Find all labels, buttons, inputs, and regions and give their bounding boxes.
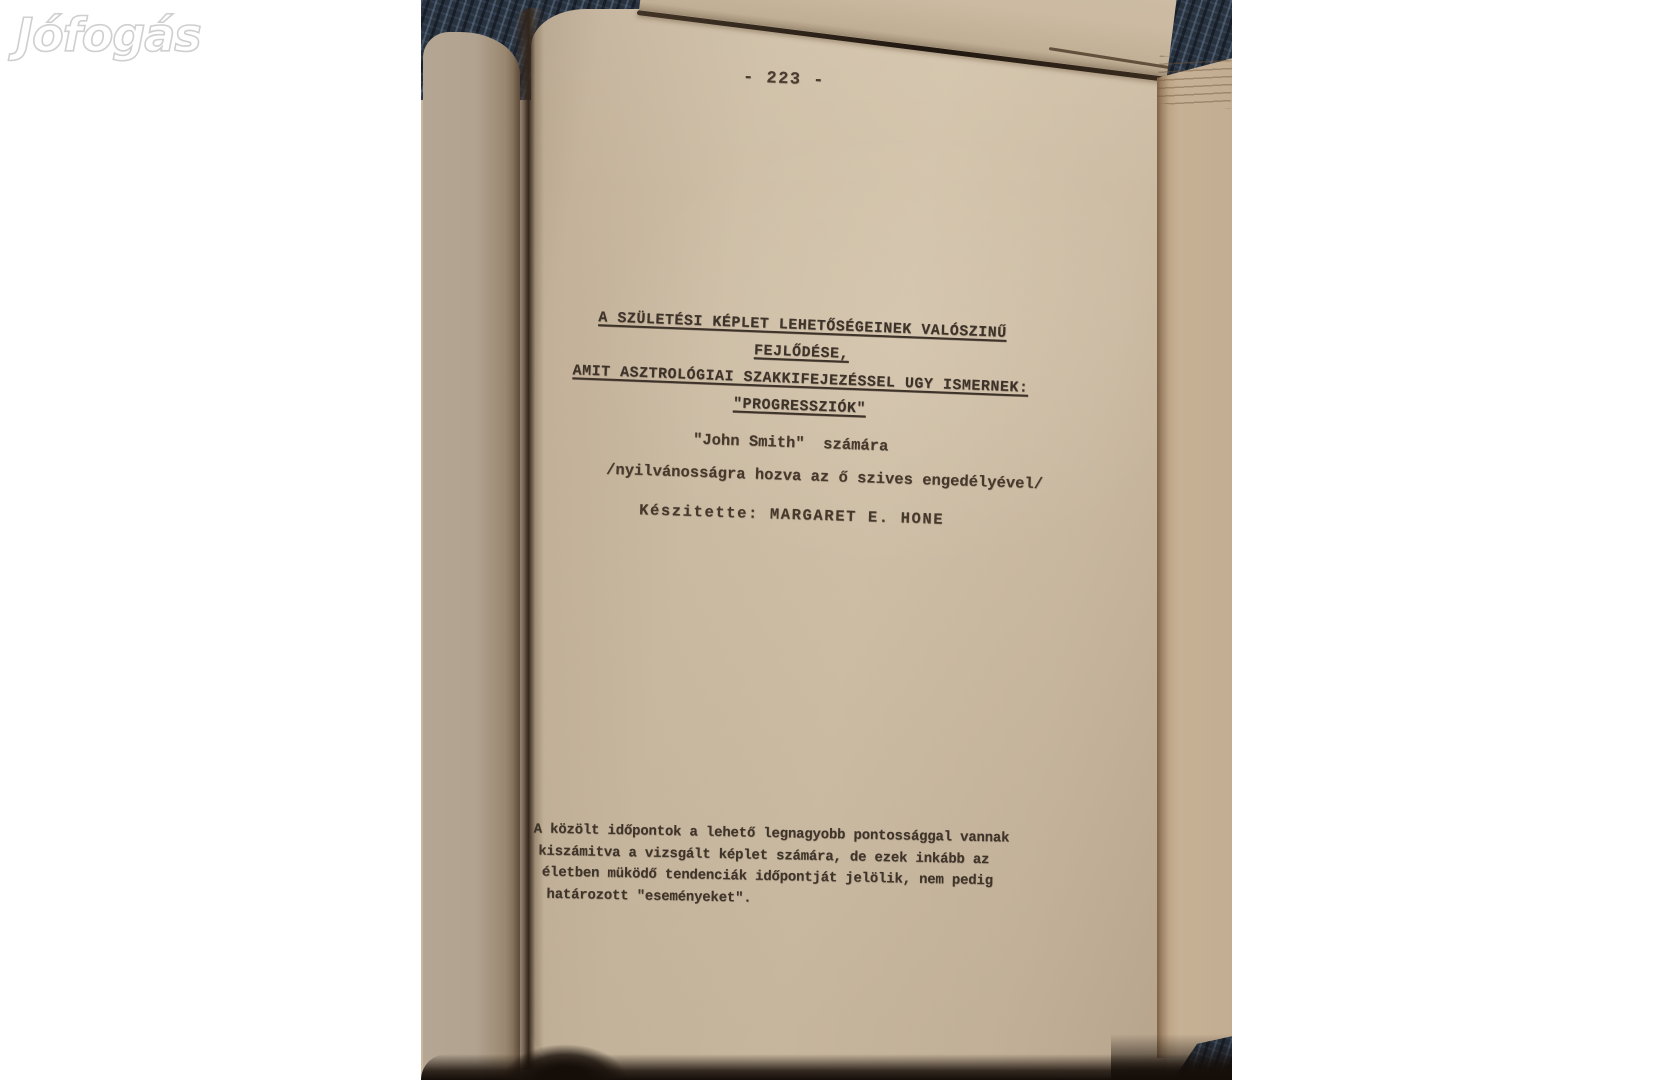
jofogas-watermark-logo: Jófogás <box>16 8 201 62</box>
page-number: - 223 - <box>743 68 826 91</box>
permission-note-line: /nyilvánosságra hozva az ő szives engedé… <box>606 461 1044 493</box>
footnote-paragraph: A közölt időpontok a lehető legnagyobb p… <box>532 819 1009 914</box>
author-credit-line: Készitette: MARGARET E. HONE <box>639 501 945 529</box>
screenshot-root: Jófogás - 223 - A SZÜLETÉSI KÉPLET LEHET… <box>0 0 1656 1080</box>
dedication-line: "John Smith" számára <box>693 431 889 456</box>
photo-of-open-book: - 223 - A SZÜLETÉSI KÉPLET LEHETŐSÉGEINE… <box>421 0 1232 1080</box>
typewritten-page-content: - 223 - A SZÜLETÉSI KÉPLET LEHETŐSÉGEINE… <box>421 0 1232 1080</box>
document-title: A SZÜLETÉSI KÉPLET LEHETŐSÉGEINEK VALÓSZ… <box>519 301 1083 430</box>
